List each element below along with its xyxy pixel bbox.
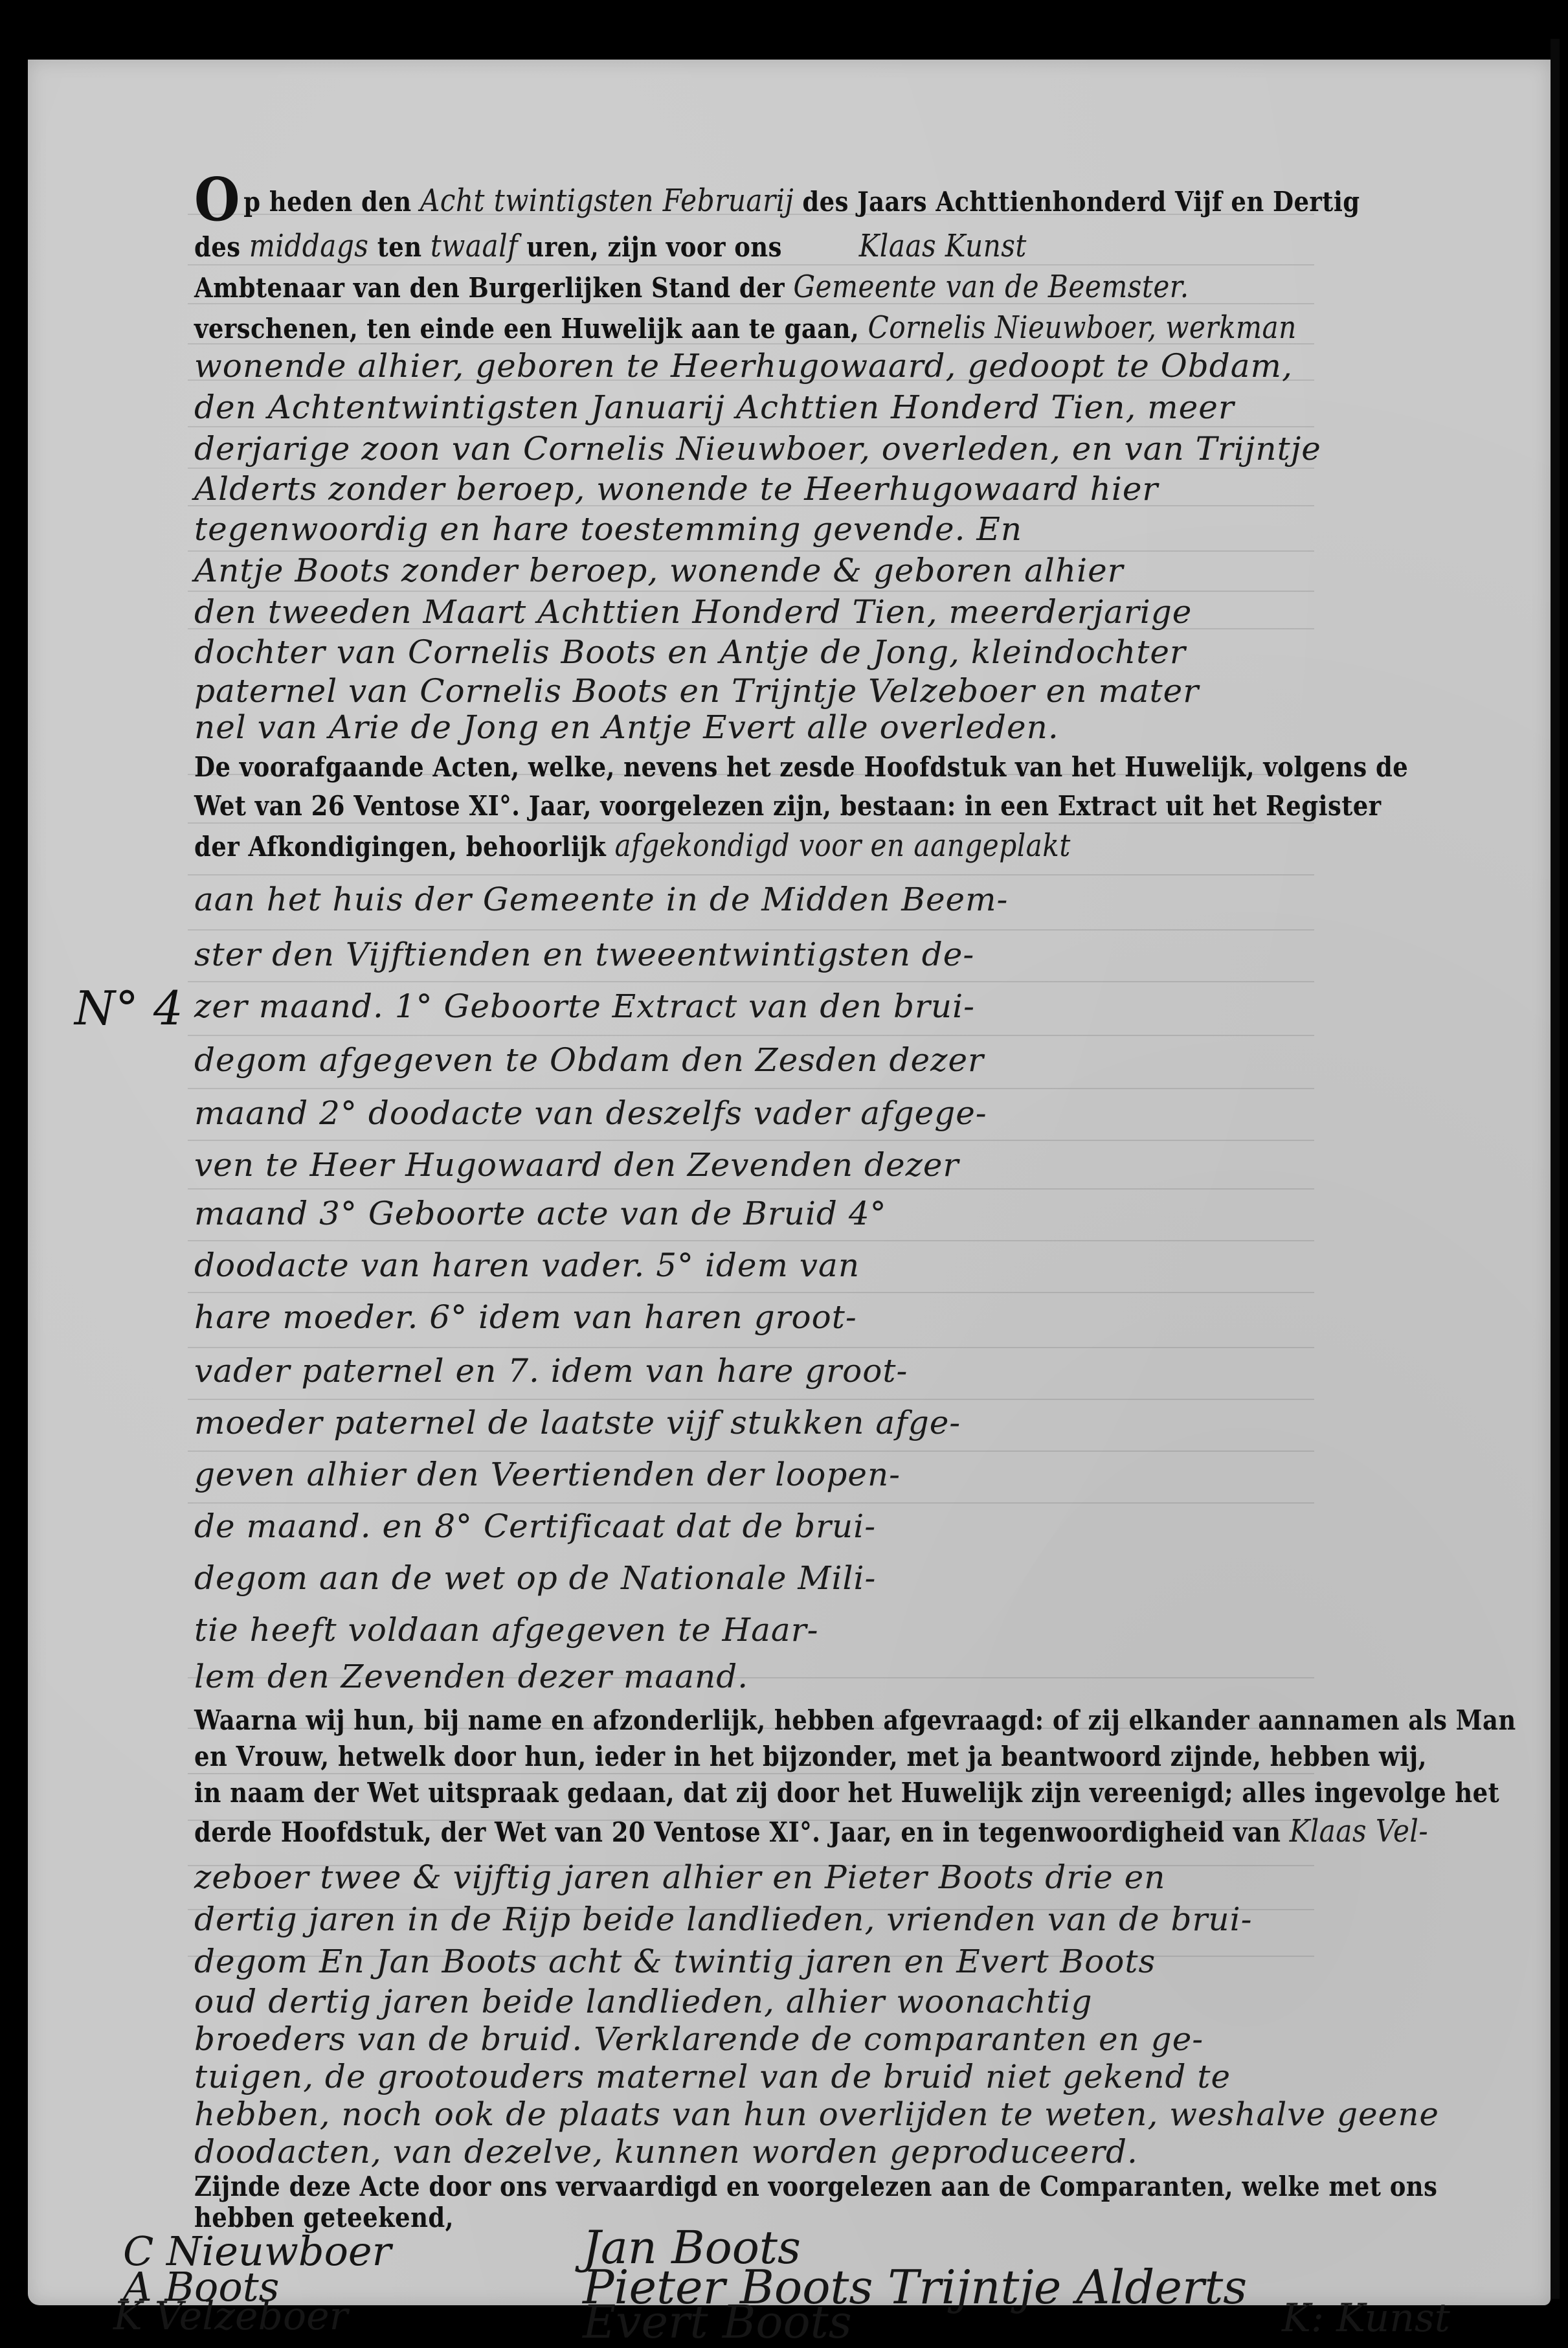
printed-text: des xyxy=(194,231,240,263)
printed-text: des Jaars Achttienhonderd Vijf en Dertig xyxy=(802,186,1360,218)
handwritten-official-name: Klaas Kunst xyxy=(859,228,1027,264)
handwritten-time: middags xyxy=(249,228,369,264)
acts-line: maand 3° Geboorte acte van de Bruid 4° xyxy=(194,1195,1308,1232)
printed-text: uren, zijn voor ons xyxy=(526,231,781,263)
acts-line: de maand. en 8° Certificaat dat de brui- xyxy=(194,1507,1308,1545)
witness-line: doodacten, van dezelve, kunnen worden ge… xyxy=(194,2133,1308,2171)
handwritten-date: Acht twintigsten Februarij xyxy=(420,183,794,219)
bride-line: Antje Boots zonder beroep, wonende & geb… xyxy=(194,552,1308,589)
witness-line: hebben, noch ook de plaats van hun overl… xyxy=(194,2095,1308,2133)
acts-line: tie heeft voldaan afgegeven te Haar- xyxy=(194,1611,1308,1649)
drop-cap: O xyxy=(194,164,240,234)
printed-paragraph-line: Wet van 26 Ventose XI°. Jaar, voorgeleze… xyxy=(194,790,1308,822)
acts-line: ven te Heer Hugowaard den Zevenden dezer xyxy=(194,1146,1308,1184)
acts-line: aan het huis der Gemeente in de Midden B… xyxy=(194,881,1308,918)
groom-line: derjarige zoon van Cornelis Nieuwboer, o… xyxy=(194,430,1308,468)
acts-line: vader paternel en 7. idem van hare groot… xyxy=(194,1352,1308,1390)
opening-line-2: des middags ten twaalf uren, zijn voor o… xyxy=(194,228,1174,264)
bride-line: nel van Arie de Jong en Antje Evert alle… xyxy=(194,708,1308,746)
bride-line: den tweeden Maart Achttien Honderd Tien,… xyxy=(194,593,1308,631)
margin-note-number: N° 4 xyxy=(74,981,183,1035)
printed-text: Ambtenaar van den Burgerlijken Stand der xyxy=(194,272,785,304)
acts-line: ster den Vijftienden en tweeentwintigste… xyxy=(194,936,1308,973)
acts-line: maand 2° doodacte van deszelfs vader afg… xyxy=(194,1094,1308,1132)
groom-line: wonende alhier, geboren te Heerhugowaard… xyxy=(194,347,1308,385)
handwritten-witness-name: Klaas Vel- xyxy=(1290,1813,1428,1849)
acts-line: degom aan de wet op de Nationale Mili- xyxy=(194,1559,1308,1597)
acts-line: moeder paternel de laatste vijf stukken … xyxy=(194,1404,1308,1441)
signature-witness: Evert Boots xyxy=(583,2296,852,2348)
declaration-line: Waarna wij hun, bij name en afzonderlijk… xyxy=(194,1704,1308,1736)
witness-line: oud dertig jaren beide landlieden, alhie… xyxy=(194,1983,1308,2020)
signature-official: K: Kunst xyxy=(1282,2296,1450,2341)
handwritten-municipality: Gemeente van de Beemster. xyxy=(793,269,1189,305)
acts-line: geven alhier den Veertienden der loopen- xyxy=(194,1456,1308,1493)
acts-line: doodacte van haren vader. 5° idem van xyxy=(194,1247,1308,1284)
acts-line: lem den Zevenden dezer maand. xyxy=(194,1658,1308,1695)
acts-line: hare moeder. 6° idem van haren groot- xyxy=(194,1298,1308,1336)
printed-text: p heden den xyxy=(243,186,411,218)
printed-text: der Afkondigingen, behoorlijk xyxy=(194,831,606,863)
groom-line: den Achtentwintigsten Januarij Achttien … xyxy=(194,389,1308,426)
printed-text: derde Hoofdstuk, der Wet van 20 Ventose … xyxy=(194,1816,1281,1848)
witness-line: tuigen, de grootouders maternel van de b… xyxy=(194,2058,1308,2095)
opening-line-4: verschenen, ten einde een Huwelijk aan t… xyxy=(194,310,1174,346)
printed-paragraph-line: De voorafgaande Acten, welke, nevens het… xyxy=(194,751,1308,783)
groom-line: tegenwoordig en hare toestemming gevende… xyxy=(194,510,1308,548)
handwritten-groom-name: Cornelis Nieuwboer, werkman xyxy=(868,310,1297,346)
acts-line: zer maand. 1° Geboorte Extract van den b… xyxy=(194,988,1308,1025)
witness-line: broeders van de bruid. Verklarende de co… xyxy=(194,2020,1308,2058)
opening-line-1: Op heden den Acht twintigsten Februarij … xyxy=(194,170,1174,229)
witness-line: dertig jaren in de Rijp beide landlieden… xyxy=(194,1901,1308,1938)
printed-text: ten xyxy=(377,231,422,263)
closing-line: Zijnde deze Acte door ons vervaardigd en… xyxy=(194,2171,1308,2202)
acts-line: degom afgegeven te Obdam den Zesden deze… xyxy=(194,1041,1308,1079)
bride-line: paternel van Cornelis Boots en Trijntje … xyxy=(194,672,1308,710)
witness-line: zeboer twee & vijftig jaren alhier en Pi… xyxy=(194,1858,1308,1896)
witness-line: degom En Jan Boots acht & twintig jaren … xyxy=(194,1943,1308,1980)
groom-line: Alderts zonder beroep, wonende te Heerhu… xyxy=(194,470,1308,508)
witness-intro-line: derde Hoofdstuk, der Wet van 20 Ventose … xyxy=(194,1813,1174,1849)
page-edge-shadow xyxy=(1551,39,1560,2299)
handwritten-hour: twaalf xyxy=(431,228,518,264)
opening-line-3: Ambtenaar van den Burgerlijken Stand der… xyxy=(194,269,1174,305)
afkondigingen-line: der Afkondigingen, behoorlijk afgekondig… xyxy=(194,828,1174,864)
declaration-line: in naam der Wet uitspraak gedaan, dat zi… xyxy=(194,1777,1308,1809)
signature-witness: K Velzeboer xyxy=(113,2294,348,2339)
handwritten-text: afgekondigd voor en aangeplakt xyxy=(615,828,1071,864)
printed-text: verschenen, ten einde een Huwelijk aan t… xyxy=(194,313,859,344)
bride-line: dochter van Cornelis Boots en Antje de J… xyxy=(194,633,1308,671)
declaration-line: en Vrouw, hetwelk door hun, ieder in het… xyxy=(194,1741,1308,1772)
